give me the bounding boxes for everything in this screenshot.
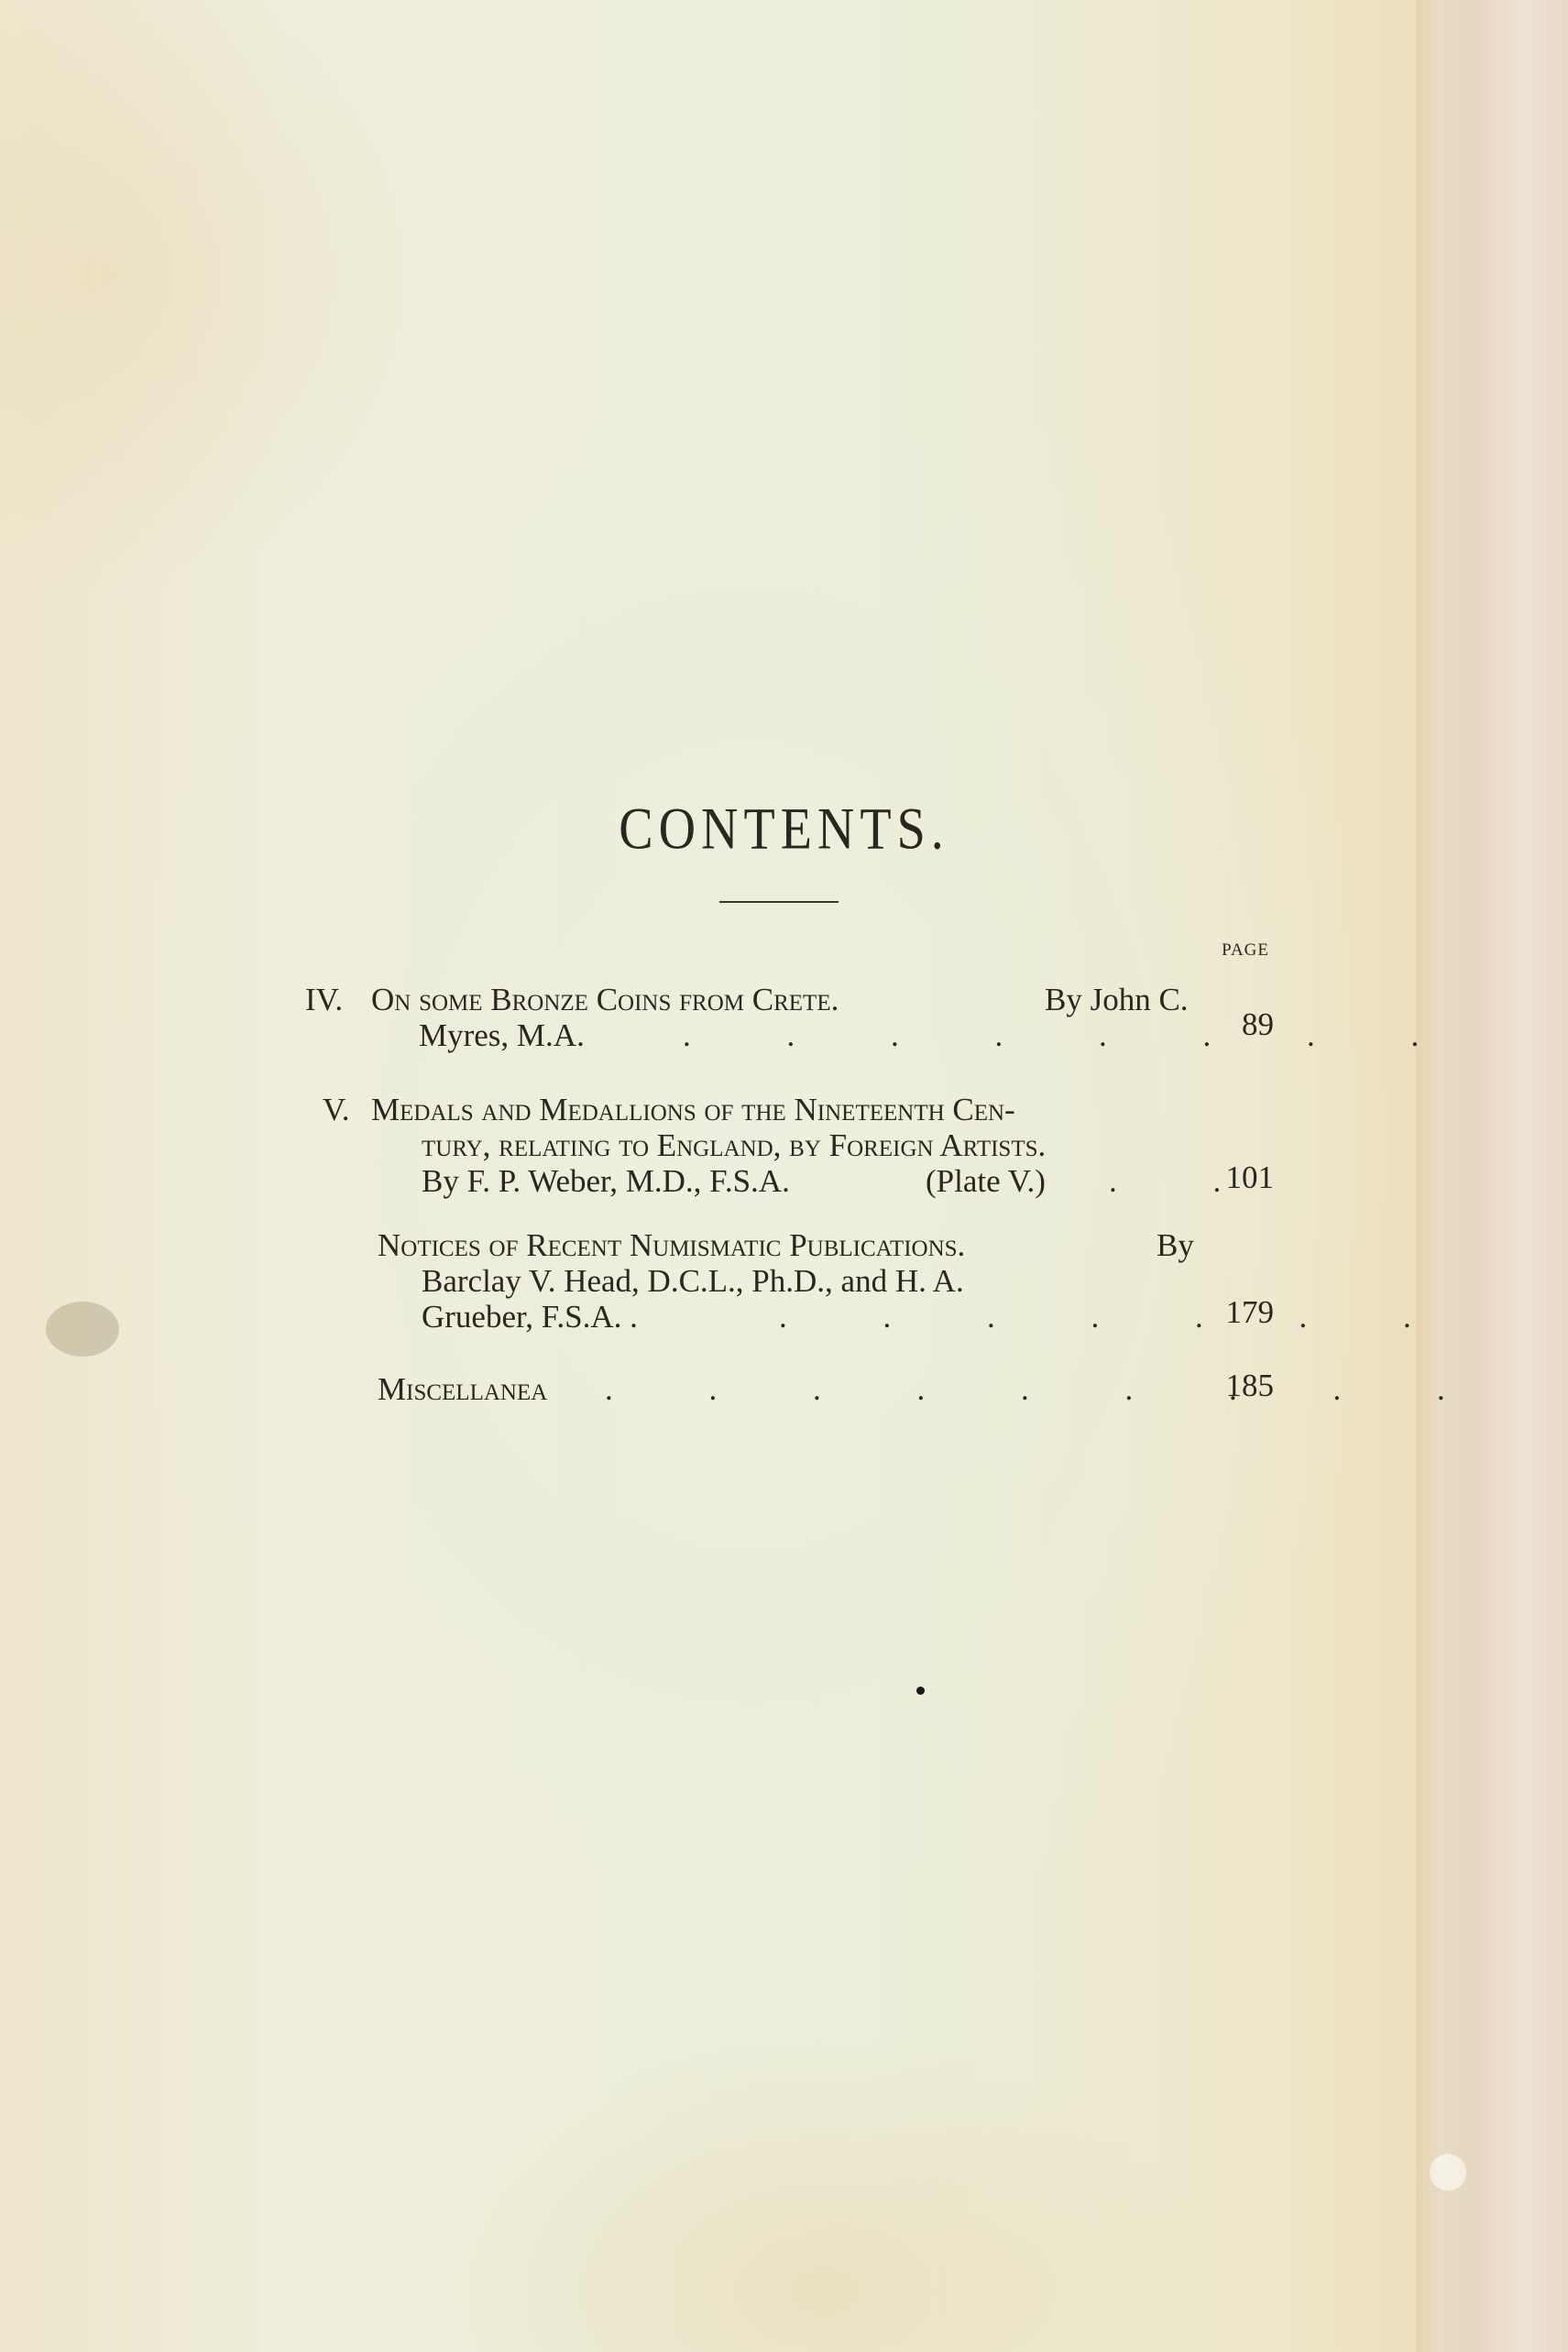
dot-leader: . . . . . . . . . bbox=[605, 1371, 1489, 1408]
page-number: 101 bbox=[1201, 1160, 1274, 1196]
page-edge bbox=[1480, 0, 1568, 2352]
entry-author-cont: Barclay V. Head, D.C.L., Ph.D., and H. A… bbox=[422, 1263, 964, 1300]
entry-plate: (Plate V.) bbox=[926, 1163, 1046, 1200]
entry-author-cont: Grueber, F.S.A. . bbox=[422, 1299, 638, 1335]
entry-numeral: V. bbox=[323, 1092, 350, 1128]
stain-spot bbox=[1430, 2154, 1466, 2191]
entry-title-cont: tury, relating to England, by Foreign Ar… bbox=[422, 1127, 1046, 1164]
entry-author: By John C. bbox=[1045, 982, 1189, 1018]
entry-title: Medals and Medallions of the Nineteenth … bbox=[371, 1092, 1015, 1128]
page-number: 185 bbox=[1201, 1368, 1274, 1404]
entry-numeral: IV. bbox=[305, 982, 343, 1018]
entry-author-cont: Myres, M.A. bbox=[419, 1017, 585, 1054]
page-title: CONTENTS. bbox=[0, 796, 1568, 863]
dot-leader: . . . . . . . bbox=[779, 1299, 1455, 1335]
entry-title: Miscellanea bbox=[378, 1371, 547, 1408]
page-number: 89 bbox=[1201, 1006, 1274, 1043]
dot-leader: . . . . . . . . bbox=[683, 1017, 1463, 1054]
title-divider bbox=[719, 901, 839, 903]
entry-title: On some Bronze Coins from Crete. bbox=[371, 982, 839, 1018]
spine-fold bbox=[1416, 0, 1480, 2352]
stain-spot bbox=[46, 1302, 119, 1357]
entry-author: By bbox=[1157, 1227, 1194, 1264]
entry-author: By F. P. Weber, M.D., F.S.A. bbox=[422, 1163, 790, 1200]
page-number: 179 bbox=[1201, 1294, 1274, 1331]
stain-spot bbox=[916, 1687, 925, 1695]
page-column-label: PAGE bbox=[1205, 940, 1269, 961]
entry-title: Notices of Recent Numismatic Publication… bbox=[378, 1227, 965, 1264]
